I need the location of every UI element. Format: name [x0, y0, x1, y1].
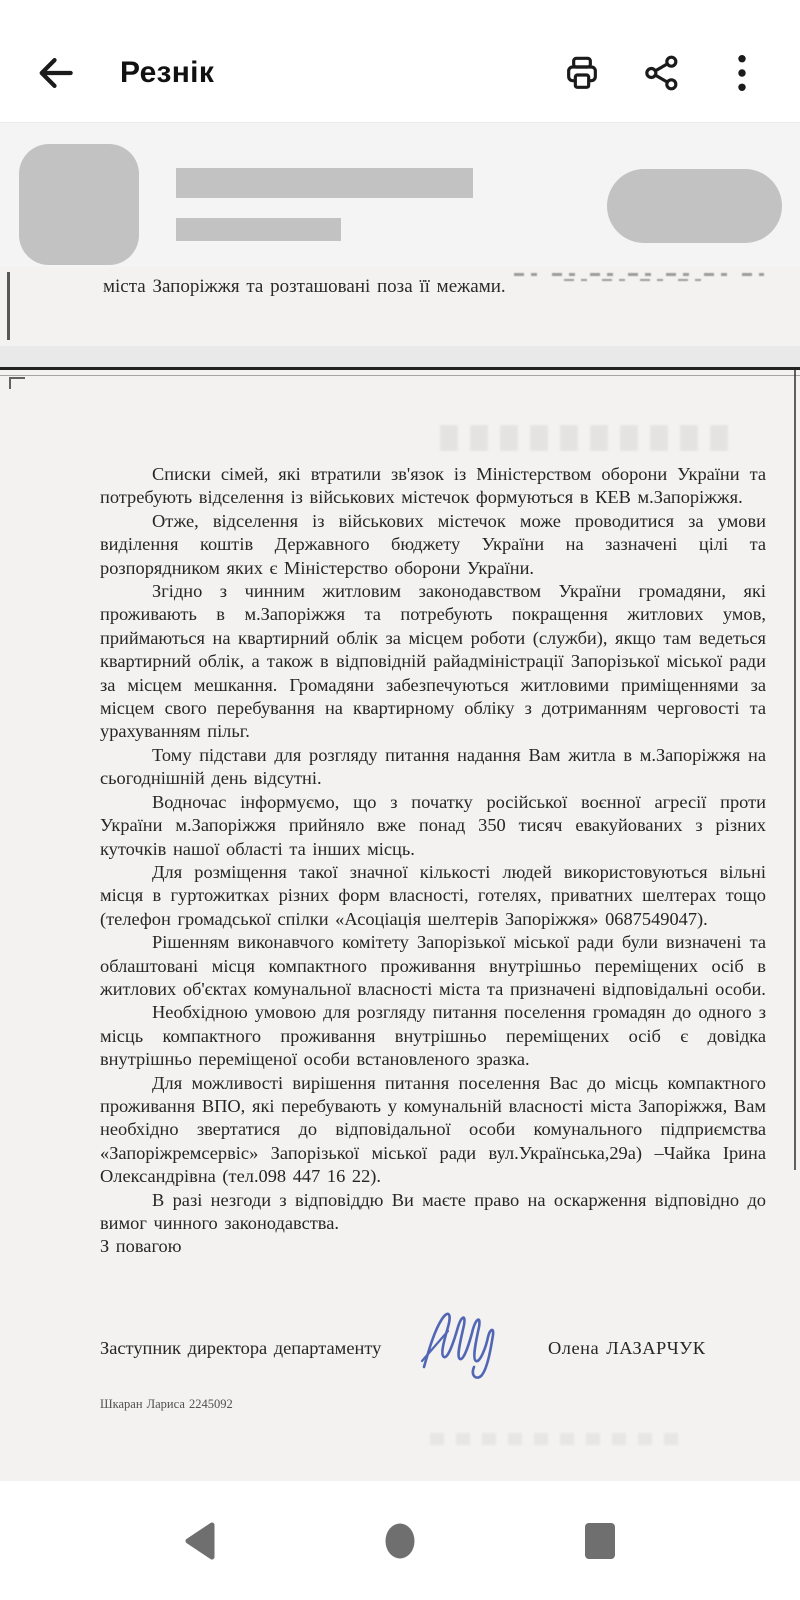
back-button[interactable]	[34, 51, 78, 95]
paragraph: В разі незгоди з відповіддю Ви маєте пра…	[100, 1189, 766, 1236]
paragraph: Списки сімей, які втратили зв'язок із Мі…	[100, 463, 766, 510]
paragraph: Згідно з чинним житловим законодавством …	[100, 580, 766, 744]
document-header-redacted	[0, 122, 800, 269]
app-bar: Резнік	[0, 0, 800, 122]
printer-icon	[562, 53, 602, 93]
share-icon	[642, 53, 682, 93]
share-button[interactable]	[642, 53, 682, 93]
letter-body: Списки сімей, які втратили зв'язок із Мі…	[100, 463, 766, 1416]
android-nav-bar	[0, 1481, 800, 1600]
nav-back-triangle-icon	[183, 1521, 217, 1561]
closing-salutation: З повагою	[100, 1235, 766, 1258]
page-title: Резнік	[120, 56, 214, 90]
redaction-block-avatar	[19, 144, 139, 265]
app-bar-actions	[562, 53, 762, 93]
nav-recents-square-icon	[583, 1521, 617, 1561]
page-separator	[0, 346, 800, 367]
overflow-menu-icon	[722, 53, 762, 93]
paragraph: Для розміщення такої значної кількості л…	[100, 861, 766, 931]
scan-artifact	[440, 425, 740, 451]
nav-home-circle-icon	[383, 1521, 417, 1561]
paragraph: Водночас інформуємо, що з початку російс…	[100, 791, 766, 861]
page-corner-mark	[9, 377, 25, 389]
nav-home-button[interactable]	[383, 1521, 417, 1561]
page-edge-line-right	[794, 370, 796, 1170]
paragraph: Рішенням виконавчого комітету Запорізько…	[100, 931, 766, 1001]
page-edge-line	[7, 272, 10, 340]
signatory-role: Заступник директора департаменту	[100, 1337, 381, 1360]
executor-note: Шкаран Лариса 2245092	[100, 1393, 766, 1416]
paragraph: Отже, відселення із військових містечок …	[100, 510, 766, 580]
handwritten-signature	[418, 1303, 510, 1389]
scan-artifact	[430, 1433, 690, 1445]
print-button[interactable]	[562, 53, 602, 93]
scanned-page-fragment: міста Запоріжжя та розташовані поза її м…	[0, 268, 800, 346]
paragraph: Для можливості вирішення питання поселен…	[100, 1072, 766, 1189]
redaction-block-line2	[176, 218, 341, 241]
fragment-text: міста Запоріжжя та розташовані поза її м…	[103, 276, 740, 298]
signatory-name: Олена ЛАЗАРЧУК	[548, 1337, 705, 1360]
paragraph: Тому підстави для розгляду питання надан…	[100, 744, 766, 791]
paragraph: Необхідною умовою для розгляду питання п…	[100, 1001, 766, 1071]
signature-row: Заступник директора департаменту Олена Л…	[100, 1307, 766, 1393]
back-arrow-icon	[34, 51, 78, 95]
overflow-menu-button[interactable]	[722, 53, 762, 93]
nav-back-button[interactable]	[183, 1521, 217, 1561]
page-top-rule	[0, 375, 800, 376]
redaction-block-stamp	[607, 169, 782, 243]
nav-recents-button[interactable]	[583, 1521, 617, 1561]
scanned-letter-page: Списки сімей, які втратили зв'язок із Мі…	[0, 367, 800, 1481]
redaction-block-line1	[176, 168, 473, 198]
